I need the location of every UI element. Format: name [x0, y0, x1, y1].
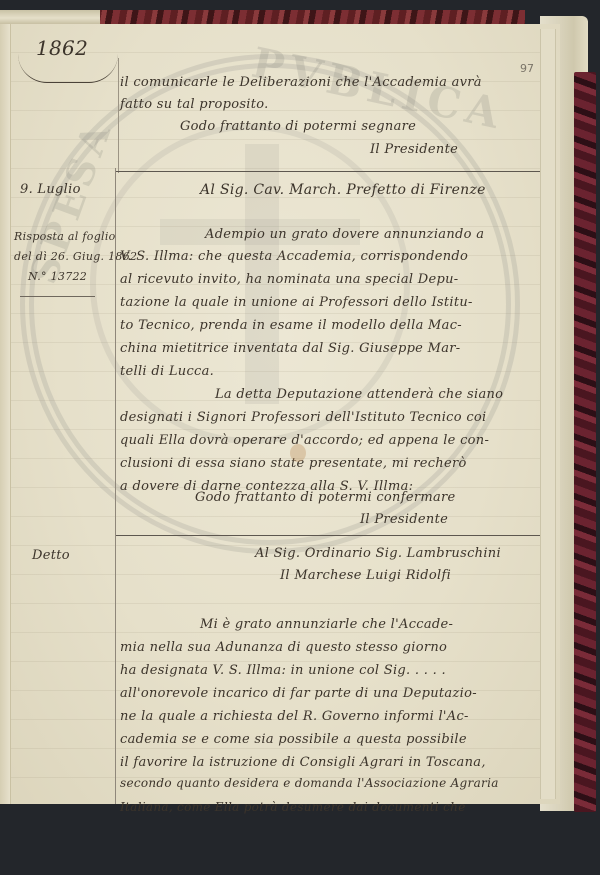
- year-header: 1862: [36, 36, 88, 60]
- entry-1-line-5: to Tecnico, prenda in esame il modello d…: [120, 318, 462, 333]
- entry-2-line-5: ne la quale a richiesta del R. Governo i…: [120, 709, 469, 724]
- margin-rule-top: [118, 58, 119, 173]
- entry-2-line-4: all'onorevole incarico di far parte di u…: [120, 686, 477, 701]
- folio-number: 97: [520, 62, 534, 75]
- entry-2-addressee-2: Il Marchese Luigi Ridolfi: [280, 568, 451, 583]
- entry-2-date: Detto: [32, 548, 70, 563]
- entry-1-closing: Godo frattanto di potermi confermare: [195, 490, 456, 505]
- entry-1-reference-3: N.° 13722: [28, 270, 87, 283]
- manuscript-page: PVBLICA SPESA 1862 97 il comunicarle le …: [0, 24, 560, 804]
- entry-1-line-2: V. S. Illma: che questa Accademia, corri…: [120, 249, 468, 264]
- gutter-strip: [0, 24, 11, 804]
- ink-stain: [290, 444, 306, 462]
- entry-2-line-9: Italiana, come Ella potrà desumere dai d…: [120, 800, 466, 814]
- entry-1-line-6: china mietitrice inventata dal Sig. Gius…: [120, 341, 460, 356]
- entry-1-addressee: Al Sig. Cav. March. Prefetto di Firenze: [200, 182, 486, 198]
- entry-2-line-7: il favorire la istruzione di Consigli Ag…: [120, 755, 486, 770]
- entry-2-line-8: secondo quanto desidera e domanda l'Asso…: [120, 776, 499, 790]
- entry-1-line-9: designati i Signori Professori dell'Isti…: [120, 410, 487, 425]
- entry-1-reference-2: del dì 26. Giug. 1862: [14, 250, 137, 263]
- entry-divider-1: [116, 171, 540, 172]
- entry-2-line-1: Mi è grato annunziarle che l'Accade-: [200, 617, 453, 632]
- entry-2-addressee-1: Al Sig. Ordinario Sig. Lambruschini: [255, 546, 501, 561]
- entry-1-line-8: La detta Deputazione attenderà che siano: [215, 387, 503, 402]
- entry-1-signature: Il Presidente: [360, 512, 448, 527]
- page-inner-edge: [540, 29, 556, 799]
- entry-1-line-3: al ricevuto invito, ha nominata una spec…: [120, 272, 459, 287]
- entry-1-line-7: telli di Lucca.: [120, 364, 214, 379]
- entry-1-reference-1: Risposta al foglio: [14, 230, 116, 243]
- reference-underline: [20, 296, 95, 297]
- entry-1-line-1: Adempio un grato dovere annunziando a: [205, 227, 484, 242]
- entry-1-date: 9. Luglio: [20, 182, 81, 197]
- entry-2-line-6: cademia se e come sia possibile a questa…: [120, 732, 467, 747]
- entry-2-line-3: ha designata V. S. Illma: in unione col …: [120, 663, 446, 678]
- continued-closing: Godo frattanto di potermi segnare: [180, 119, 416, 134]
- entry-1-line-4: tazione la quale in unione ai Professori…: [120, 295, 473, 310]
- continued-line-1: il comunicarle le Deliberazioni che l'Ac…: [120, 75, 482, 90]
- entry-divider-2: [116, 535, 540, 536]
- entry-2-line-2: mia nella sua Adunanza di questo stesso …: [120, 640, 447, 655]
- marbled-binding-right: [574, 72, 596, 812]
- entry-1-line-10: quali Ella dovrà operare d'accordo; ed a…: [120, 433, 489, 448]
- continued-line-2: fatto su tal proposito.: [120, 97, 269, 112]
- continued-signature: Il Presidente: [370, 142, 458, 157]
- margin-rule: [115, 168, 116, 804]
